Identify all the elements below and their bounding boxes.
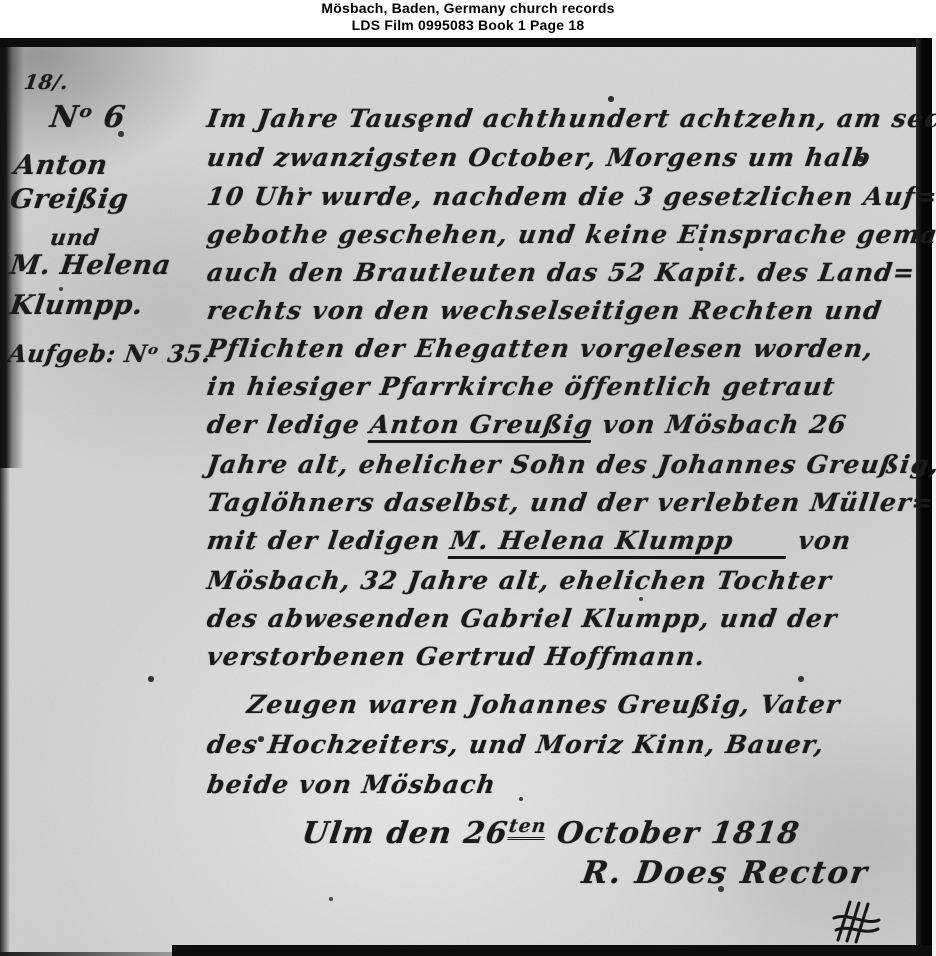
margin-entry-number: Nᵒ 6 (48, 102, 127, 134)
margin-groom-last-name: Greißig (8, 184, 130, 216)
scan-border-bottom (172, 945, 932, 956)
record-line: Jahre alt, ehelicher Sohn des Johannes G… (205, 450, 936, 480)
scan-border-top (0, 38, 932, 47)
record-line-bride: mit der ledigen M. Helena Klumpp von (205, 526, 854, 556)
screenshot-root: Mösbach, Baden, Germany church records L… (0, 0, 936, 956)
notary-flourish-icon (830, 896, 882, 946)
typed-caption-header: Mösbach, Baden, Germany church records L… (0, 0, 936, 38)
ink-specks (0, 38, 2, 40)
caption-film-reference: LDS Film 0995083 Book 1 Page 18 (0, 17, 936, 34)
groom-name-underlined: Anton Greußig (368, 410, 595, 443)
record-line: in hiesiger Pfarrkirche öffentlich getra… (205, 372, 837, 402)
date-ordinal-superscript: ten (507, 816, 548, 840)
record-line: Mösbach, 32 Jahre alt, ehelichen Tochter (205, 566, 834, 596)
record-line: verstorbenen Gertrud Hoffmann. (205, 642, 708, 672)
record-line: rechts von den wechselseitigen Rechten u… (205, 296, 884, 326)
record-line: gebothe geschehen, und keine Einsprache … (205, 220, 936, 250)
record-line: 10 Uhr wurde, nachdem die 3 gesetzlichen… (205, 182, 936, 212)
record-line: Taglöhners daselbst, und der verlebten M… (205, 488, 936, 518)
record-line-witnesses: Zeugen waren Johannes Greußig, Vater (245, 690, 843, 720)
scan-border-bottom-left (0, 952, 172, 956)
margin-bride-last-name: Klumpp. (8, 290, 145, 322)
book-gutter-shadow-lower (0, 468, 10, 956)
priest-signature: R. Does Rector (580, 858, 871, 888)
scanned-record-image: 18/. Nᵒ 6 Anton Greißig und M. Helena Kl… (0, 38, 936, 956)
margin-bride-first-name: M. Helena (8, 250, 173, 282)
record-line: beide von Mösbach (205, 770, 498, 800)
margin-banns-number: Aufgeb: Nᵒ 35. (6, 338, 213, 370)
record-line: des Hochzeiters, und Moriz Kinn, Bauer, (205, 730, 826, 760)
date-line: Ulm den 26ten October 1818 (300, 812, 803, 849)
record-line-groom: der ledige Anton Greußig von Mösbach 26 (205, 410, 849, 440)
record-line: des abwesenden Gabriel Klumpp, und der (205, 604, 840, 634)
record-line: Pflichten der Ehegatten vorgelesen worde… (205, 334, 876, 364)
caption-title: Mösbach, Baden, Germany church records (0, 0, 936, 17)
record-line: auch den Brautleuten das 52 Kapit. des L… (205, 258, 917, 288)
bride-name-underlined: M. Helena Klumpp (448, 526, 791, 559)
margin-groom-first-name: Anton (12, 150, 110, 182)
record-line: Im Jahre Tausend achthundert achtzehn, a… (205, 104, 936, 134)
page-number: 18/. (22, 66, 71, 98)
record-line: und zwanzigsten October, Morgens um halb (205, 143, 873, 173)
